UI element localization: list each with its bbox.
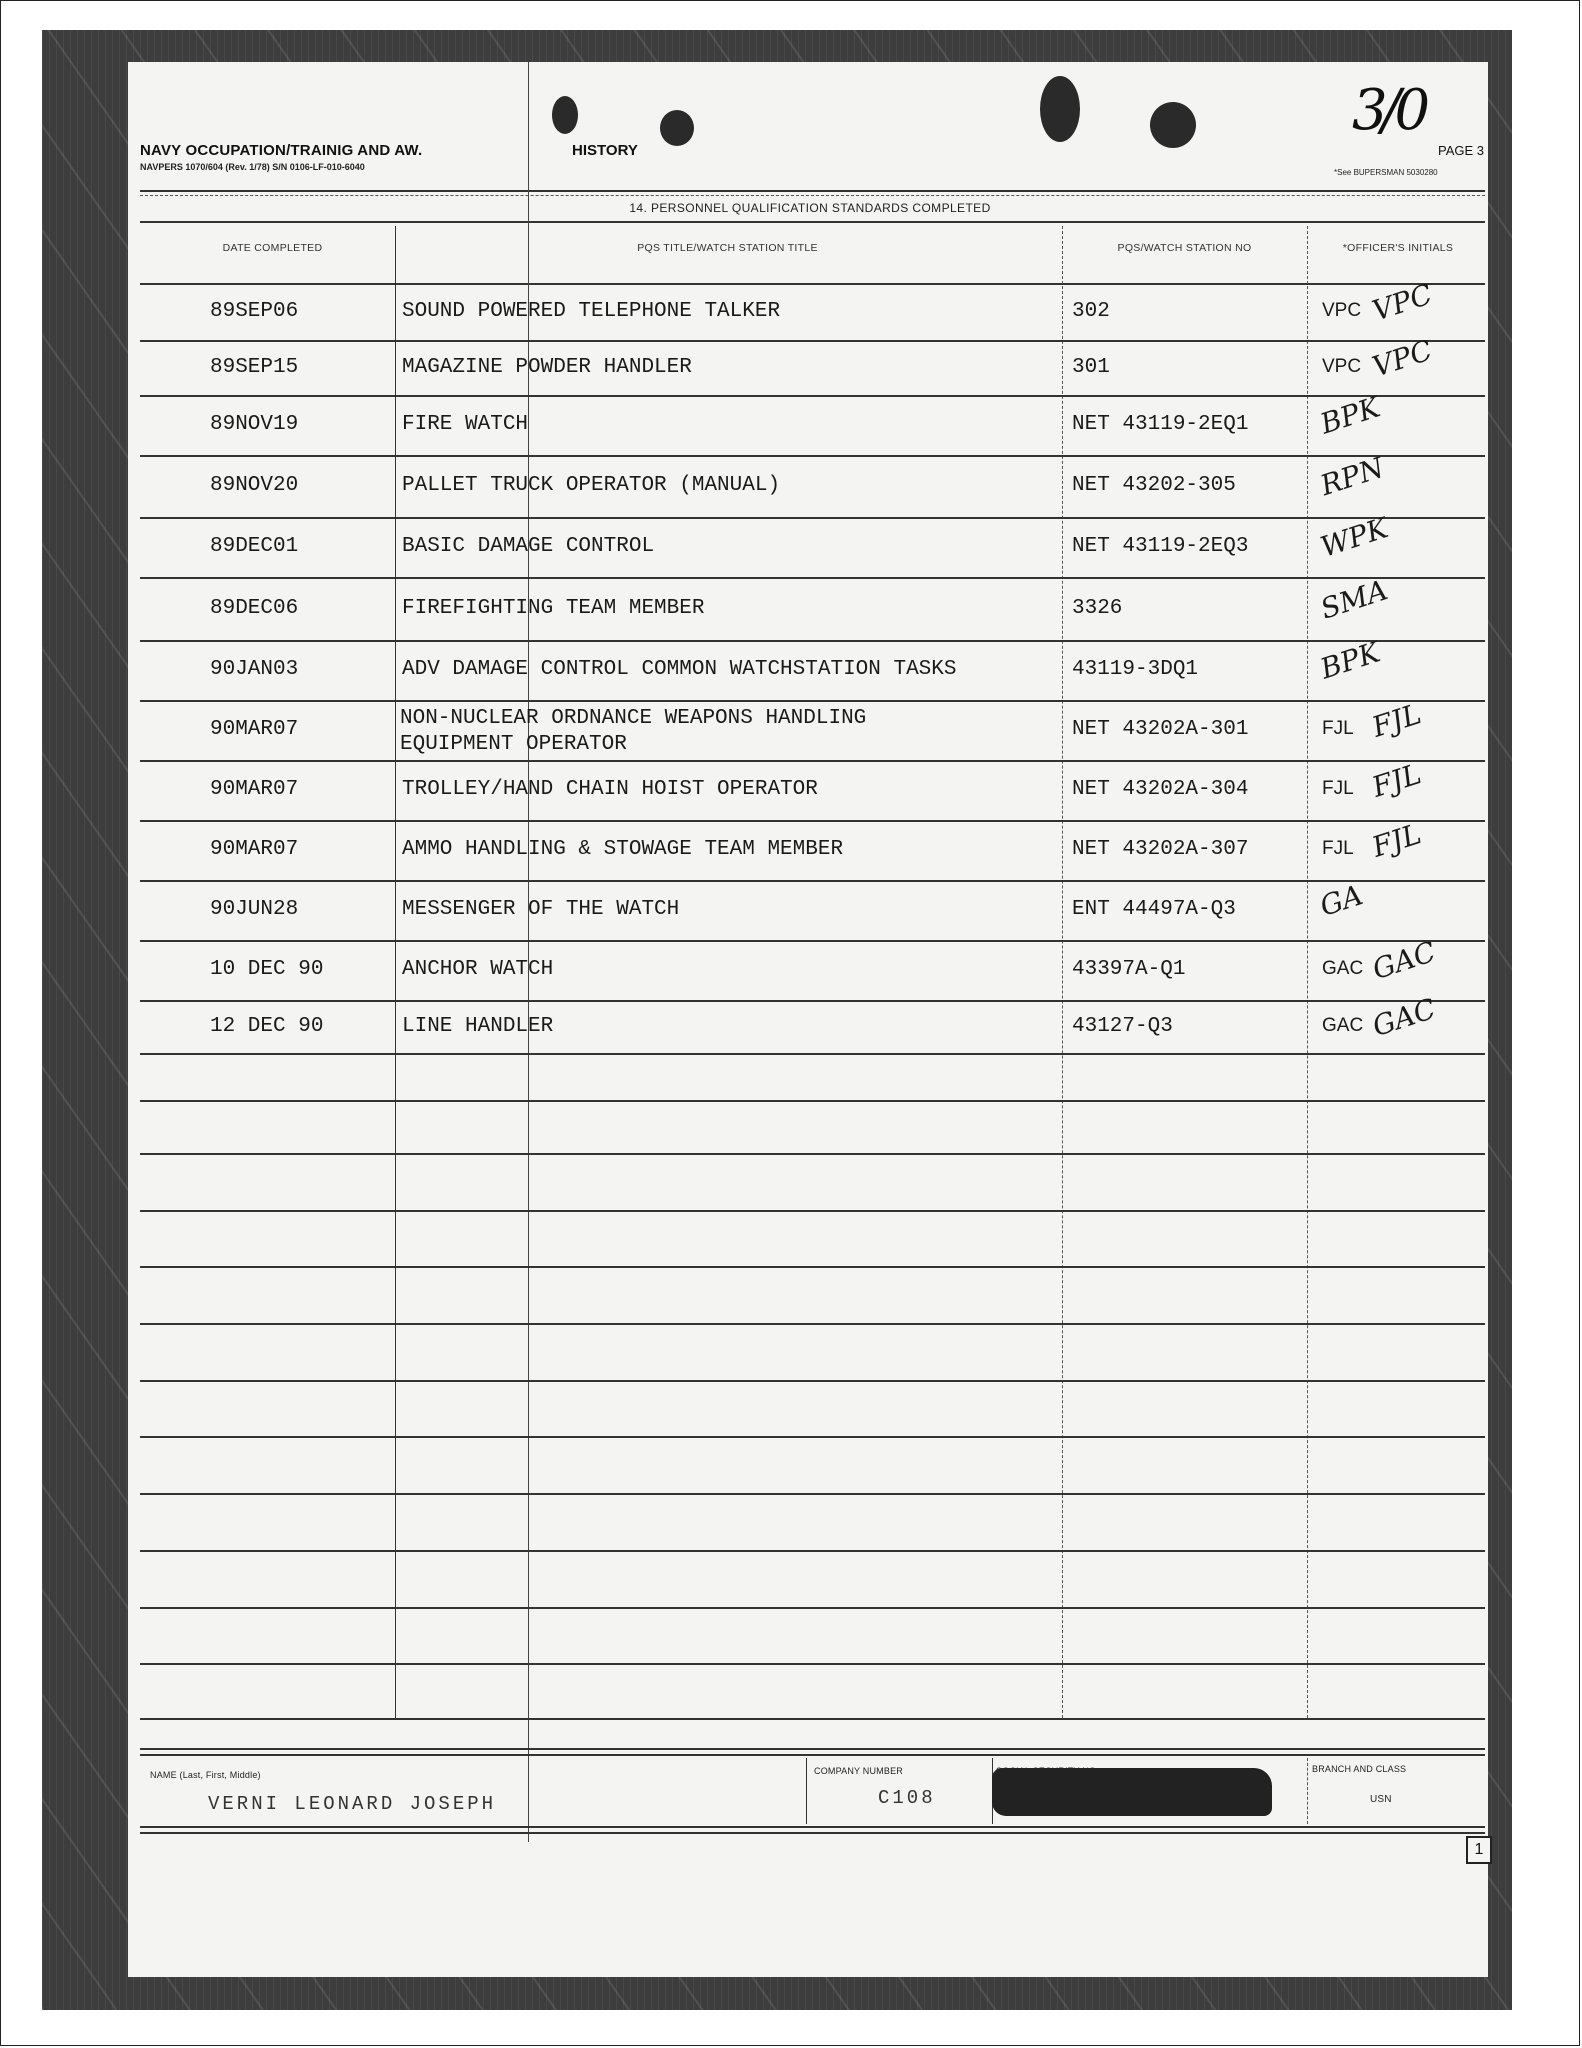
date-completed: 89NOV19 (210, 413, 298, 436)
reference-note: *See BUPERSMAN 5030280 (1334, 168, 1438, 177)
ssn-redaction (992, 1768, 1272, 1816)
footer-divider (140, 1754, 1485, 1756)
date-completed: 89NOV20 (210, 474, 298, 497)
punch-hole (1040, 76, 1080, 142)
table-row-divider (140, 1053, 1485, 1055)
branch-class-label: BRANCH AND CLASS (1312, 1764, 1406, 1774)
pqs-title: ANCHOR WATCH (402, 958, 553, 981)
table-row-divider (140, 1210, 1485, 1212)
pqs-number: 302 (1072, 300, 1110, 323)
company-number-label: COMPANY NUMBER (814, 1766, 903, 1776)
pqs-number: 43119-3DQ1 (1072, 658, 1198, 681)
pqs-title: MAGAZINE POWDER HANDLER (402, 356, 692, 379)
fold-line (528, 62, 529, 1842)
table-row-divider (140, 1100, 1485, 1102)
table-row-divider (140, 640, 1485, 642)
officer-initials: FJL (1322, 718, 1354, 740)
table-row-divider (140, 1436, 1485, 1438)
branch-class-value: USN (1370, 1794, 1392, 1805)
table-row-divider (140, 455, 1485, 457)
page-number-box: 1 (1466, 1836, 1492, 1864)
table-row-divider (140, 700, 1485, 702)
pqs-title: PALLET TRUCK OPERATOR (MANUAL) (402, 474, 780, 497)
section-divider (140, 221, 1485, 223)
table-row-divider (140, 1663, 1485, 1665)
pqs-title: BASIC DAMAGE CONTROL (402, 535, 654, 558)
date-completed: 89DEC06 (210, 597, 298, 620)
pqs-title: FIRE WATCH (402, 413, 528, 436)
table-row-divider (140, 1153, 1485, 1155)
page-label: PAGE 3 (1438, 143, 1484, 158)
pqs-title: ADV DAMAGE CONTROL COMMON WATCHSTATION T… (402, 658, 957, 681)
footer-column-divider (806, 1758, 807, 1824)
header-divider (140, 190, 1485, 192)
date-completed: 10 DEC 90 (210, 958, 323, 981)
pqs-title: FIREFIGHTING TEAM MEMBER (402, 597, 704, 620)
officer-initials: GAC (1322, 958, 1363, 980)
pqs-title: TROLLEY/HAND CHAIN HOIST OPERATOR (402, 778, 818, 801)
pqs-number: NET 43202A-307 (1072, 838, 1248, 861)
date-completed: 90MAR07 (210, 718, 298, 741)
punch-hole (660, 110, 694, 146)
table-row-divider (140, 1380, 1485, 1382)
pqs-number: NET 43202-305 (1072, 474, 1236, 497)
table-row-divider (140, 760, 1485, 762)
date-completed: 89SEP06 (210, 300, 298, 323)
pqs-title-line2: EQUIPMENT OPERATOR (400, 732, 627, 758)
form-number: NAVPERS 1070/604 (Rev. 1/78) S/N 0106-LF… (140, 162, 365, 172)
form-title: NAVY OCCUPATION/TRAINIG AND AW. (140, 142, 422, 159)
pqs-number: 43127-Q3 (1072, 1015, 1173, 1038)
date-completed: 90MAR07 (210, 778, 298, 801)
date-completed: 12 DEC 90 (210, 1015, 323, 1038)
table-row-divider (140, 340, 1485, 342)
pqs-number: NET 43202A-304 (1072, 778, 1248, 801)
table-row-divider (140, 1607, 1485, 1609)
name-label: NAME (Last, First, Middle) (150, 1770, 261, 1780)
table-row-divider (140, 395, 1485, 397)
pqs-title: AMMO HANDLING & STOWAGE TEAM MEMBER (402, 838, 843, 861)
pqs-number: NET 43202A-301 (1072, 718, 1248, 741)
table-row-divider (140, 880, 1485, 882)
table-row-divider (140, 1266, 1485, 1268)
punch-hole (1150, 102, 1196, 148)
column-header-title: PQS TITLE/WATCH STATION TITLE (395, 242, 1060, 254)
column-header-initials: *OFFICER'S INITIALS (1308, 242, 1488, 254)
date-completed: 90MAR07 (210, 838, 298, 861)
pqs-title: SOUND POWERED TELEPHONE TALKER (402, 300, 780, 323)
column-header-number: PQS/WATCH STATION NO (1062, 242, 1307, 254)
table-row-divider (140, 1718, 1485, 1720)
officer-initials: VPC (1322, 300, 1361, 322)
table-row-divider (140, 577, 1485, 579)
officer-initials: GAC (1322, 1015, 1363, 1037)
date-completed: 90JAN03 (210, 658, 298, 681)
date-completed: 89DEC01 (210, 535, 298, 558)
table-row-divider (140, 820, 1485, 822)
company-number-value: C108 (878, 1787, 936, 1809)
table-row-divider (140, 1550, 1485, 1552)
pqs-title: LINE HANDLER (402, 1015, 553, 1038)
column-header-date: DATE COMPLETED (150, 242, 395, 254)
officer-initials: FJL (1322, 778, 1354, 800)
form-history-label: HISTORY (572, 142, 638, 159)
pqs-number: ENT 44497A-Q3 (1072, 898, 1236, 921)
table-row-divider (140, 1323, 1485, 1325)
header-divider (140, 195, 1485, 196)
pqs-title: NON-NUCLEAR ORDNANCE WEAPONS HANDLING (400, 706, 866, 732)
pqs-number: 301 (1072, 356, 1110, 379)
date-completed: 89SEP15 (210, 356, 298, 379)
handwritten-page-number: 3/0 (1352, 78, 1424, 143)
footer-column-divider (1307, 1758, 1308, 1824)
pqs-number: NET 43119-2EQ1 (1072, 413, 1248, 436)
name-value: VERNI LEONARD JOSEPH (208, 1793, 496, 1815)
table-row-divider (140, 1493, 1485, 1495)
pqs-number: 3326 (1072, 597, 1122, 620)
pqs-number: NET 43119-2EQ3 (1072, 535, 1248, 558)
table-row-divider (140, 1000, 1485, 1002)
footer-divider (140, 1826, 1485, 1828)
punch-hole (552, 96, 578, 134)
pqs-title: MESSENGER OF THE WATCH (402, 898, 679, 921)
table-row-divider (140, 283, 1485, 285)
pqs-number: 43397A-Q1 (1072, 958, 1185, 981)
footer-divider (140, 1748, 1485, 1750)
form-paper (128, 62, 1488, 1977)
section-title: 14. PERSONNEL QUALIFICATION STANDARDS CO… (530, 201, 1090, 215)
date-completed: 90JUN28 (210, 898, 298, 921)
officer-initials: VPC (1322, 356, 1361, 378)
table-row-divider (140, 517, 1485, 519)
table-row-divider (140, 940, 1485, 942)
footer-divider (140, 1832, 1485, 1834)
officer-initials: FJL (1322, 838, 1354, 860)
